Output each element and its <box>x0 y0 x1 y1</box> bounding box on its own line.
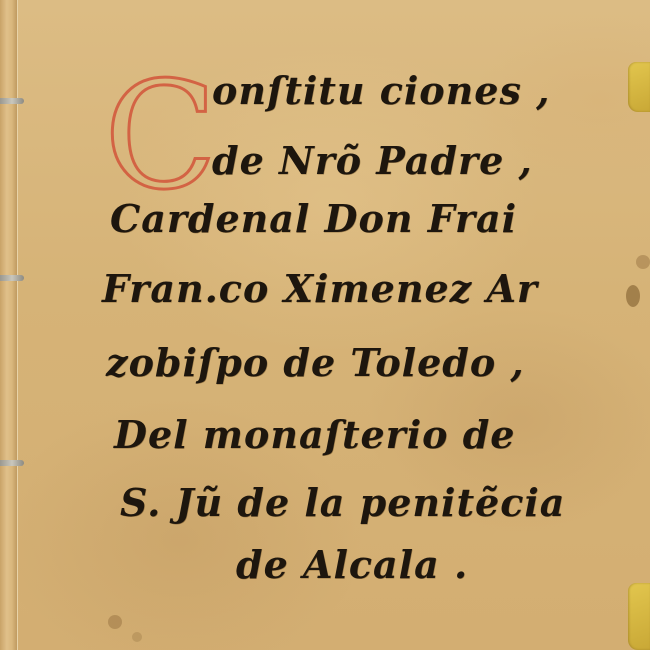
binding-stitch <box>0 98 24 104</box>
binding-stitch <box>0 275 24 281</box>
ink-stain <box>636 255 650 269</box>
text-line-5: zobiſpo de Toledo , <box>106 340 525 385</box>
text-line-7: S. Jũ de la penitẽcia <box>120 480 565 525</box>
text-line-8: de Alcala . <box>236 542 468 587</box>
page-tab <box>628 583 650 650</box>
text-line-2: de Nrõ Padre , <box>212 138 533 183</box>
text-line-4: Fran.co Ximenez Ar <box>102 266 538 311</box>
ink-stain <box>626 285 640 307</box>
text-line-1: onſtitu ciones , <box>212 68 550 113</box>
binding-stitch <box>0 460 24 466</box>
text-line-3: Cardenal Don Frai <box>110 196 517 241</box>
ink-stain <box>132 632 142 642</box>
rubric-initial: C <box>104 62 217 210</box>
text-line-6: Del monaſterio de <box>114 412 515 457</box>
ink-stain <box>108 615 122 629</box>
manuscript-page: C onſtitu ciones , de Nrõ Padre , Carden… <box>0 0 650 650</box>
page-tab <box>628 62 650 112</box>
